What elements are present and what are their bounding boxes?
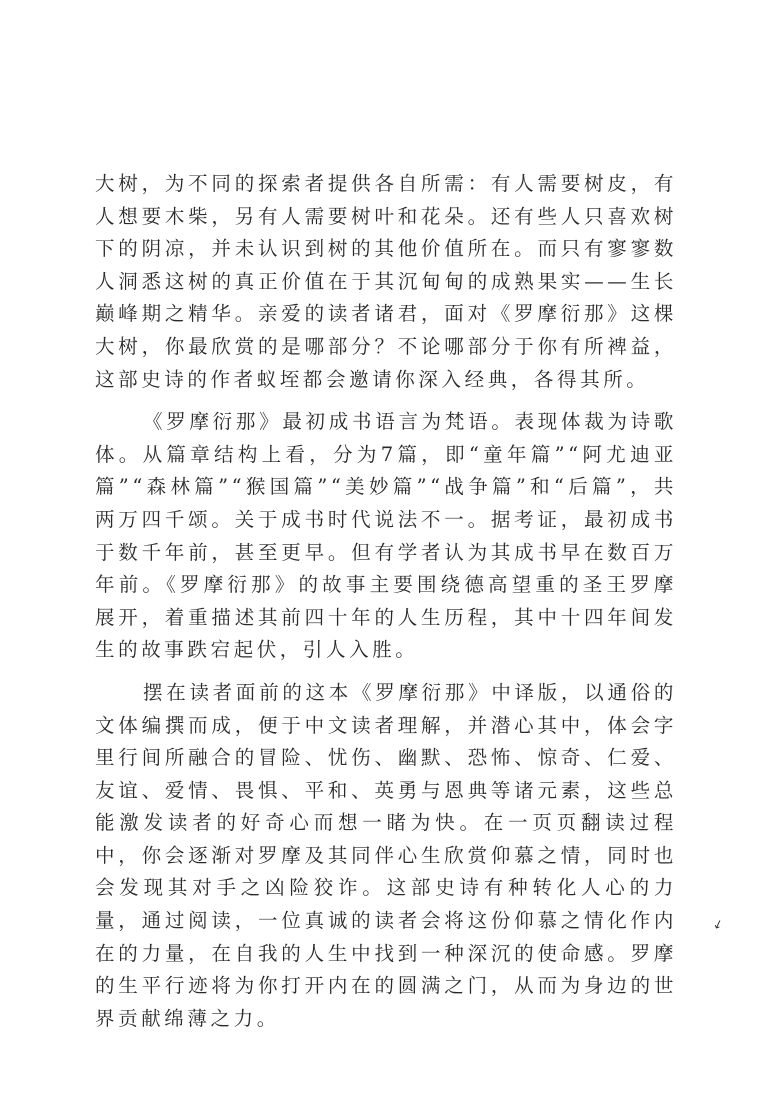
document-page: 大树，为不同的探索者提供各自所需：有人需要树皮，有人想要木柴，另有人需要树叶和花…	[95, 168, 677, 1035]
paragraph-2: 《罗摩衍那》最初成书语言为梵语。表现体裁为诗歌体。从篇章结构上看，分为7篇，即“…	[95, 406, 677, 667]
paragraph-1: 大树，为不同的探索者提供各自所需：有人需要树皮，有人想要木柴，另有人需要树叶和花…	[95, 168, 677, 396]
margin-mark-icon: ↙	[711, 916, 725, 933]
paragraph-3: 摆在读者面前的这本《罗摩衍那》中译版，以通俗的文体编撰而成，便于中文读者理解，并…	[95, 677, 677, 1036]
